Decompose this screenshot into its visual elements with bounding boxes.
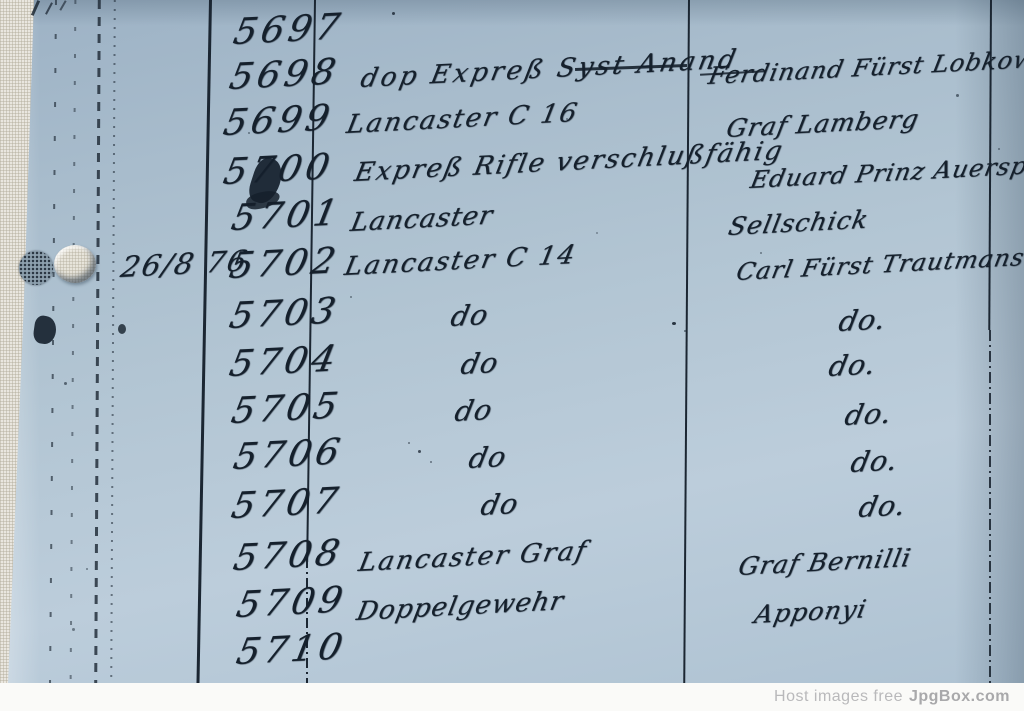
handwriting-layer: 26/8 76 5697 5698 dop Expreß Syst Anand …	[0, 0, 1024, 711]
row-serial-number: 5708	[230, 532, 347, 579]
row-item-entry: Lancaster	[348, 201, 496, 238]
row-serial-number: 5710	[233, 626, 350, 673]
row-item-entry: do	[452, 393, 496, 428]
row-item-entry: Lancaster C 16	[344, 98, 581, 140]
row-item-entry: dop Expreß Syst Anand	[358, 45, 741, 94]
ledger-photograph: 26/8 76 5697 5698 dop Expreß Syst Anand …	[0, 0, 1024, 711]
row-name-entry: do.	[842, 397, 895, 432]
row-name-entry: do.	[848, 444, 901, 479]
row-item-entry: Doppelgewehr	[354, 586, 567, 627]
row-name-entry: Graf Bernilli	[736, 543, 914, 581]
row-item-entry: do	[448, 298, 492, 333]
row-serial-number: 5703	[226, 290, 343, 337]
row-name-entry: do.	[856, 489, 909, 524]
watermark-brand: JpgBox.com	[909, 688, 1010, 706]
row-item-entry: Lancaster C 14	[342, 240, 579, 282]
row-serial-number: 5698	[226, 51, 343, 98]
row-item-entry: do	[478, 487, 522, 522]
row-item-entry: Expreß Rifle verschlußfähig	[352, 136, 786, 188]
watermark-bar: Host images free JpgBox.com	[0, 683, 1024, 711]
ink-stamp-circle	[19, 251, 53, 285]
row-name-entry: Carl Fürst Trautmansdorff	[734, 240, 1024, 286]
row-serial-number: 5699	[220, 97, 337, 144]
row-serial-number: 5697	[230, 6, 347, 53]
row-name-entry: Eduard Prinz Auersperg	[748, 149, 1024, 194]
row-name-entry: do.	[836, 303, 889, 338]
row-serial-number: 5706	[230, 431, 347, 478]
punch-hole	[54, 245, 96, 283]
row-serial-number: 5704	[226, 338, 343, 385]
row-item-entry: do	[466, 440, 510, 475]
row-serial-number: 5702	[226, 240, 343, 287]
watermark-text: Host images free	[774, 688, 903, 706]
row-serial-number: 5705	[228, 385, 345, 432]
row-serial-number: 5707	[228, 480, 345, 527]
row-name-entry: Sellschick	[726, 205, 871, 241]
row-name-entry: Apponyi	[752, 594, 869, 629]
row-name-entry: do.	[826, 348, 879, 383]
row-serial-number: 5709	[233, 579, 350, 626]
row-name-entry: Ferdinand Fürst Lobkowitz	[706, 43, 1024, 90]
row-item-entry: Lancaster Graf	[356, 536, 590, 578]
row-item-entry: do	[458, 346, 502, 381]
